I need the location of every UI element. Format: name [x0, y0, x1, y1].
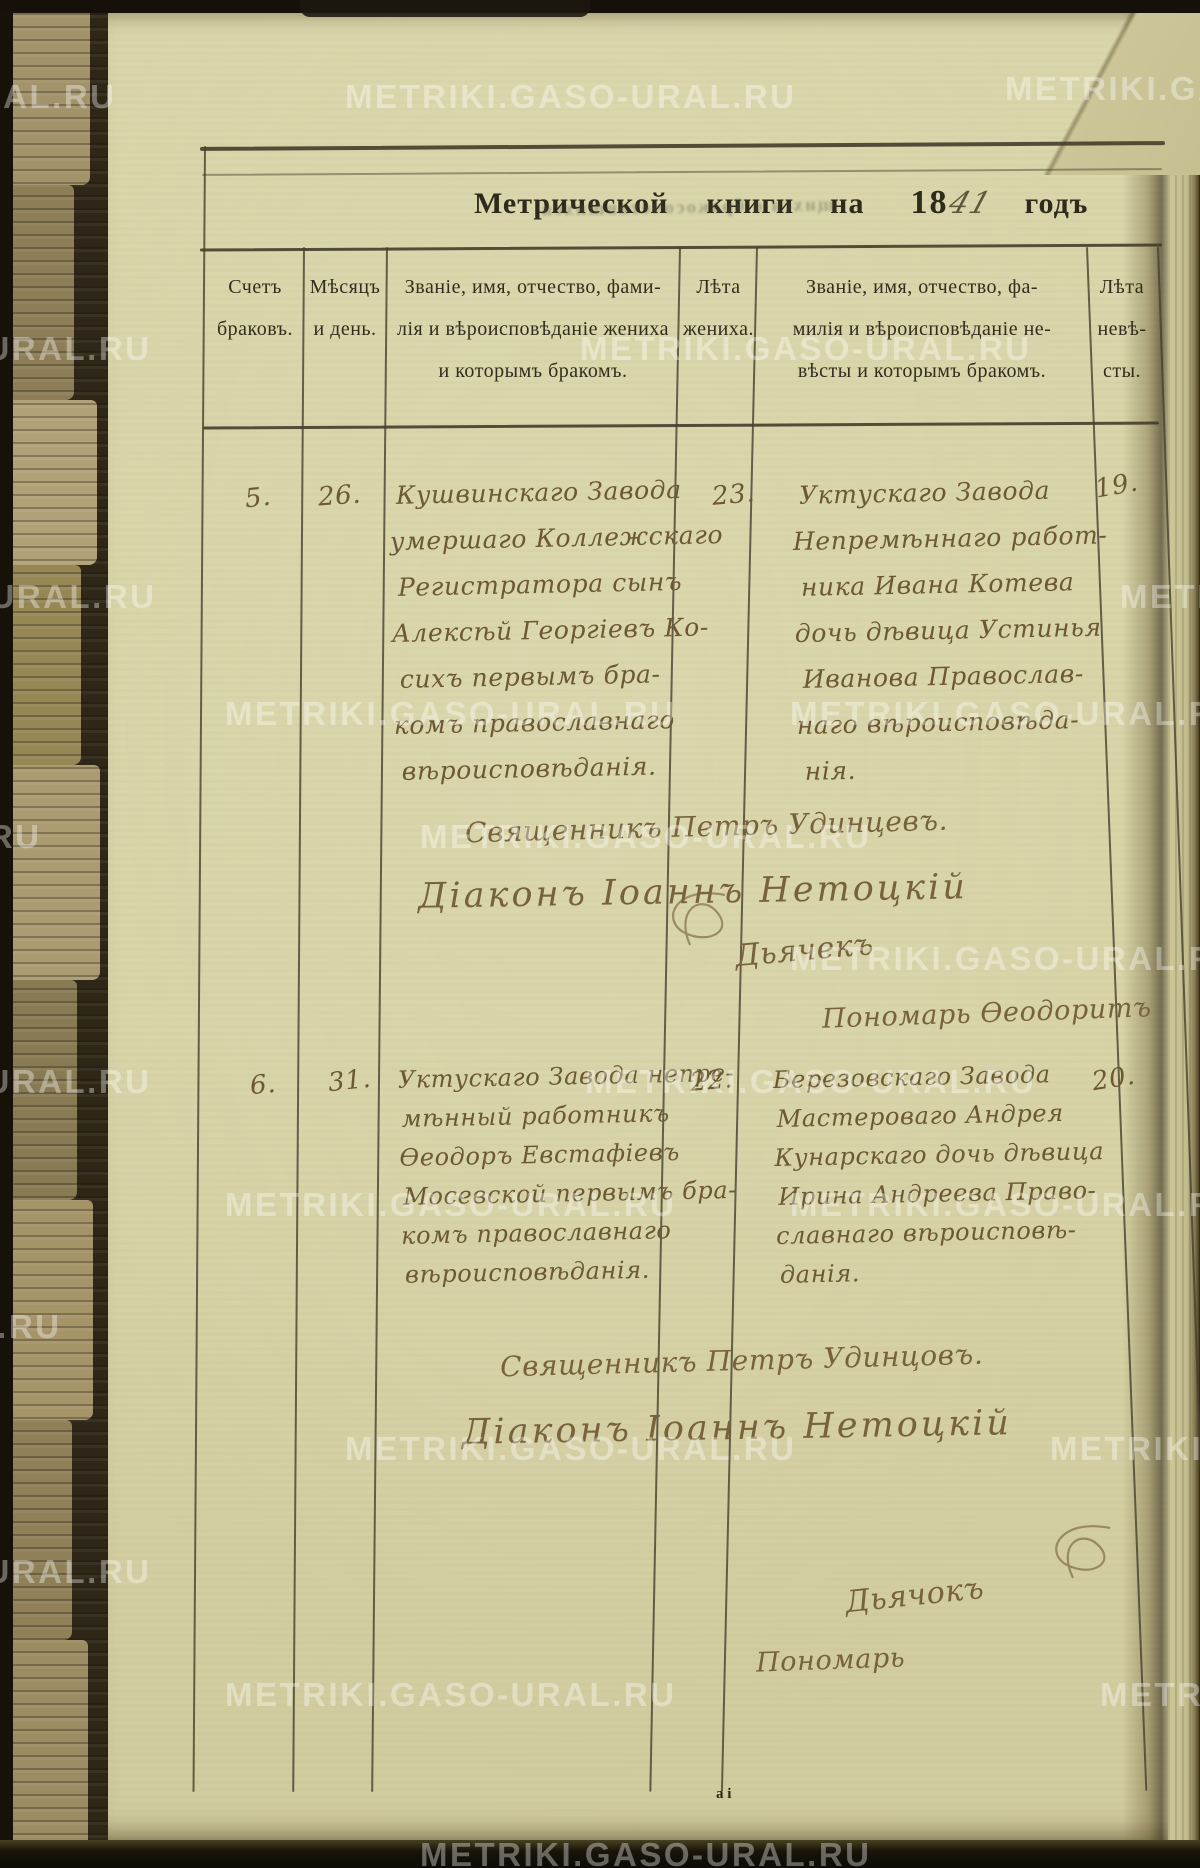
- record-1-groom-age: 23.: [711, 478, 757, 512]
- groom-line: Алексѣй Георгіевъ Ко-: [392, 613, 683, 665]
- watermark-text: METRIKI.GASO-URAL.RU: [420, 1836, 871, 1868]
- watermark-text: METRIKI.GASO-URAL.RU: [345, 78, 796, 116]
- column-header-count: Счетъ браковъ.: [207, 276, 303, 360]
- header-line: сты.: [1087, 360, 1157, 402]
- scanned-register-page: Метрической книги на 18 41 годъ щихся о …: [0, 0, 1200, 1868]
- groom-line: умершаго Коллежскаго: [390, 521, 681, 573]
- header-line: Званіе, имя, отчество, фами-: [388, 276, 678, 318]
- record-1-bride-entry: Уктускаго Завода Непремѣннаго работ- ник…: [792, 475, 1089, 803]
- header-line: и день.: [305, 318, 385, 360]
- column-header-date: Мѣсяцъ и день.: [305, 276, 385, 360]
- bride-line: Кунарскаго дочь дѣвица: [774, 1138, 1068, 1183]
- header-line: браковъ.: [207, 318, 303, 360]
- bride-line: данія.: [780, 1255, 1071, 1300]
- bride-line: дочь дѣвица Устинья: [795, 613, 1086, 665]
- watermark-text: METRIKI.GASO-URAL.RU: [0, 1553, 151, 1591]
- watermark-text: METRIKI.GASO-URAL.RU: [1120, 578, 1200, 616]
- scan-top-stain: [300, 0, 590, 17]
- bride-line: Непремѣннаго работ-: [793, 521, 1084, 573]
- bride-line: Уктускаго Завода: [799, 475, 1083, 527]
- ink-flourish: [655, 885, 745, 965]
- watermark-text: METRIKI.GASO-URAL.RU: [0, 78, 116, 116]
- binding-mark: а і: [716, 1786, 731, 1803]
- watermark-text: METRIKI.GASO-URAL.RU: [345, 1430, 796, 1468]
- title-year-handwritten: 41: [945, 186, 997, 221]
- record-1-day: 26.: [317, 480, 362, 513]
- watermark-text: METRIKI.GASO-URAL.RU: [1050, 1430, 1200, 1468]
- watermark-text: METRIKI.GASO-URAL.RU: [0, 330, 151, 368]
- bride-line: ника Ивана Котева: [801, 567, 1085, 619]
- bride-line: Мастероваго Андрея: [776, 1099, 1067, 1144]
- watermark-text: METRIKI.GASO-URAL.RU: [0, 1308, 61, 1346]
- groom-line: вѣроисповѣданія.: [401, 751, 685, 803]
- record-2-ponomar-signature: Пономарь: [756, 1642, 906, 1678]
- page-edge-striations: [1168, 0, 1200, 1868]
- watermark-text: METRIKI.GASO-URAL.RU: [1100, 1676, 1200, 1714]
- record-1-groom-entry: Кушвинскаго Завода умершаго Коллежскаго …: [389, 475, 686, 803]
- watermark-text: METRIKI.GASO-URAL.RU: [790, 695, 1200, 733]
- watermark-text: METRIKI.GASO-URAL.RU: [420, 818, 871, 856]
- watermark-text: METRIKI.GASO-URAL.RU: [225, 695, 676, 733]
- groom-line: Өеодоръ Евстафіевъ: [399, 1138, 683, 1183]
- bride-line: нія.: [804, 751, 1088, 803]
- title-word-god: годъ: [1025, 187, 1089, 221]
- groom-line: Кушвинскаго Завода: [396, 475, 680, 527]
- ink-flourish: [1035, 1520, 1125, 1595]
- watermark-text: METRIKI.GASO-URAL.RU: [0, 818, 41, 856]
- scan-top-edge: [0, 0, 1200, 13]
- watermark-text: METRIKI.GASO-URAL.RU: [0, 1063, 151, 1101]
- watermark-text: METRIKI.GASO-URAL.RU: [580, 330, 1031, 368]
- title-word: на: [830, 187, 864, 221]
- record-2-day: 31.: [327, 1064, 373, 1098]
- groom-line: Регистратора сынъ: [398, 567, 682, 619]
- watermark-text: METRIKI.GASO-URAL.RU: [790, 1186, 1200, 1224]
- column-header-bride-age: Лѣта невѣ- сты.: [1087, 276, 1157, 402]
- watermark-text: METRIKI.GASO-URAL.RU: [585, 1063, 1036, 1101]
- watermark-text: METRIKI.GASO-URAL.RU: [225, 1676, 676, 1714]
- watermark-text: METRIKI.GASO-URAL.RU: [790, 940, 1200, 978]
- header-line: Званіе, имя, отчество, фа-: [759, 276, 1085, 318]
- watermark-text: METRIKI.GASO-URAL.RU: [225, 1186, 676, 1224]
- groom-line: вѣроисповѣданія.: [405, 1255, 686, 1300]
- watermark-text: METRIKI.GASO-URAL.RU: [1005, 70, 1200, 108]
- groom-line: мѣнный работникъ: [401, 1099, 682, 1144]
- title-year-printed: 18: [910, 184, 948, 222]
- header-line: Счетъ: [207, 276, 303, 318]
- header-line: невѣ-: [1087, 318, 1157, 360]
- header-line: Мѣсяцъ: [305, 276, 385, 318]
- header-line: Лѣта: [1087, 276, 1157, 318]
- record-2-number: 6.: [249, 1069, 278, 1101]
- watermark-text: METRIKI.GASO-URAL.RU: [0, 578, 156, 616]
- header-line: Лѣта: [681, 276, 756, 318]
- record-1-number: 5.: [244, 482, 273, 515]
